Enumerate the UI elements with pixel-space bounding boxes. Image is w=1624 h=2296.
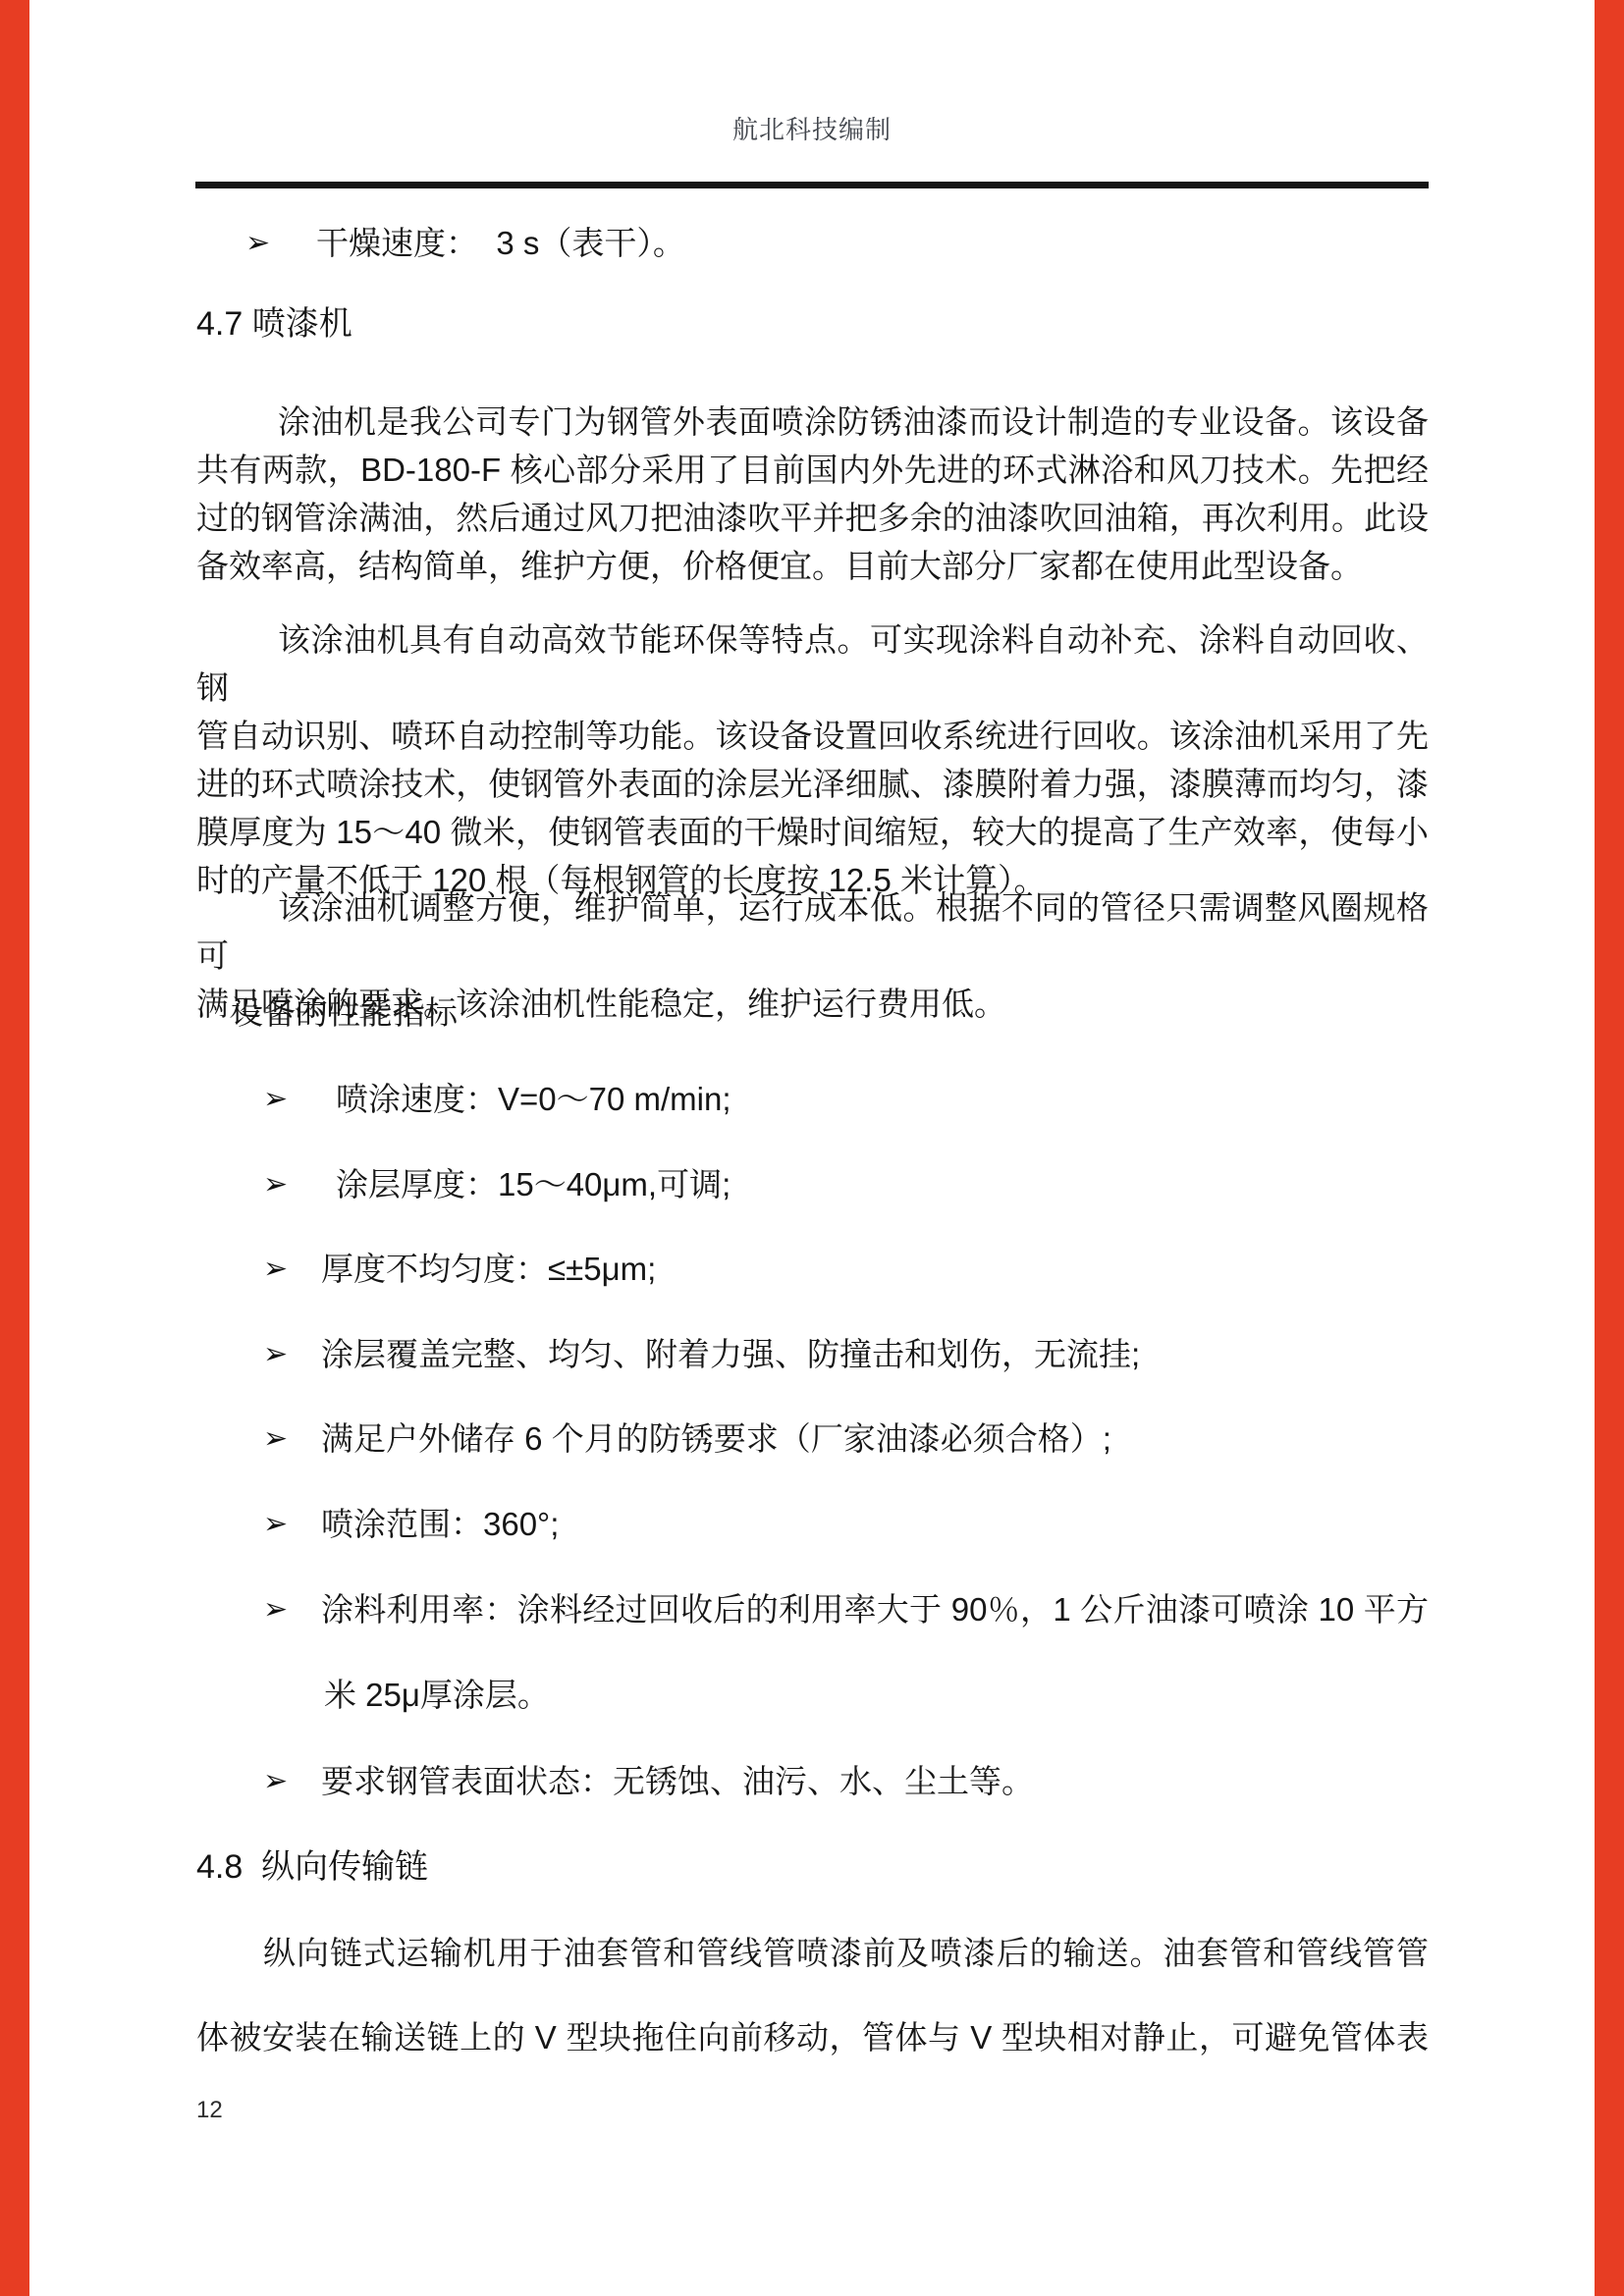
section-heading-4-8: 4.8 纵向传输链 [196, 1842, 428, 1892]
paragraph-line: 该涂油机具有自动高效节能环保等特点。可实现涂料自动补充、涂料自动回收、钢 [196, 615, 1429, 712]
paragraph-line: 共有两款，BD-180-F 核心部分采用了目前国内外先进的环式淋浴和风刀技术。先… [196, 446, 1429, 494]
arrow-bullet-icon: ➢ [263, 1500, 288, 1549]
paragraph-1: 涂油机是我公司专门为钢管外表面喷涂防锈油漆而设计制造的专业设备。该设备 共有两款… [196, 398, 1429, 590]
page-edge-bar-right [1595, 0, 1624, 2296]
bullet-text: 涂层覆盖完整、均匀、附着力强、防撞击和划伤，无流挂; [321, 1330, 1140, 1379]
bullet-text: 喷涂范围：360°; [321, 1500, 559, 1549]
paragraph-line: 备效率高，结构简单，维护方便，价格便宜。目前大部分厂家都在使用此型设备。 [196, 542, 1429, 590]
bullet-drying-speed-text: 干燥速度： 3 s（表干）。 [316, 219, 685, 268]
bullet-coating-coverage: ➢ 涂层覆盖完整、均匀、附着力强、防撞击和划伤，无流挂; [0, 1330, 1624, 1379]
document-page: { "page": { "header_title": "航北科技编制", "p… [0, 0, 1624, 2296]
bullet-paint-utilization: ➢ 涂料利用率：涂料经过回收后的利用率大于 90％，1 公斤油漆可喷涂 10 平… [0, 1585, 1624, 1634]
performance-spec-title: 设备的性能指标 [231, 988, 458, 1038]
arrow-bullet-icon: ➢ [263, 1330, 288, 1379]
paragraph-2: 该涂油机具有自动高效节能环保等特点。可实现涂料自动补充、涂料自动回收、钢 管自动… [196, 615, 1429, 904]
arrow-bullet-icon: ➢ [263, 1160, 288, 1209]
paragraph-line: 进的环式喷涂技术，使钢管外表面的涂层光泽细腻、漆膜附着力强，漆膜薄而均匀，漆 [196, 760, 1429, 808]
paragraph-line: 膜厚度为 15～40 微米，使钢管表面的干燥时间缩短，较大的提高了生产效率，使每… [196, 808, 1429, 856]
bullet-spray-speed: ➢ 喷涂速度：V=0～70 m/min; [0, 1075, 1624, 1124]
bullet-text: 厚度不均匀度：≤±5μm; [321, 1245, 656, 1294]
bullet-thickness-uniformity: ➢ 厚度不均匀度：≤±5μm; [0, 1245, 1624, 1294]
arrow-bullet-icon: ➢ [263, 1245, 288, 1294]
arrow-bullet-icon: ➢ [245, 219, 270, 268]
arrow-bullet-icon: ➢ [263, 1415, 288, 1464]
bullet-spray-range: ➢ 喷涂范围：360°; [0, 1500, 1624, 1549]
bullet-text: 涂层厚度：15～40μm,可调; [336, 1160, 731, 1209]
bullet-paint-utilization-wrap: 米 25μ厚涂层。 [0, 1671, 1624, 1720]
bullet-text: 要求钢管表面状态：无锈蚀、油污、水、尘土等。 [321, 1757, 1034, 1806]
paragraph-line: 涂油机是我公司专门为钢管外表面喷涂防锈油漆而设计制造的专业设备。该设备 [196, 398, 1429, 446]
bullet-drying-speed: ➢ 干燥速度： 3 s（表干）。 [0, 219, 1624, 268]
section-heading-4-7: 4.7 喷漆机 [196, 299, 352, 348]
page-number: 12 [196, 2097, 223, 2124]
bullet-text: 满足户外储存 6 个月的防锈要求（厂家油漆必须合格）; [321, 1415, 1111, 1464]
paragraph-4-line: 纵向链式运输机用于油套管和管线管喷漆前及喷漆后的输送。油套管和管线管管 [196, 1929, 1429, 1978]
document-header-title: 航北科技编制 [0, 110, 1624, 146]
paragraph-line: 管自动识别、喷环自动控制等功能。该设备设置回收系统进行回收。该涂油机采用了先 [196, 712, 1429, 760]
bullet-text: 喷涂速度：V=0～70 m/min; [336, 1075, 731, 1124]
paragraph-line: 过的钢管涂满油，然后通过风刀把油漆吹平并把多余的油漆吹回油箱，再次利用。此设 [196, 494, 1429, 542]
header-divider-rule [195, 182, 1429, 188]
bullet-outdoor-storage: ➢ 满足户外储存 6 个月的防锈要求（厂家油漆必须合格）; [0, 1415, 1624, 1464]
bullet-text: 涂料利用率：涂料经过回收后的利用率大于 90％，1 公斤油漆可喷涂 10 平方 [321, 1585, 1429, 1634]
bullet-pipe-surface-condition: ➢ 要求钢管表面状态：无锈蚀、油污、水、尘土等。 [0, 1757, 1624, 1806]
paragraph-4-line: 体被安装在输送链上的 V 型块拖住向前移动，管体与 V 型块相对静止，可避免管体… [196, 2013, 1429, 2062]
arrow-bullet-icon: ➢ [263, 1757, 288, 1806]
arrow-bullet-icon: ➢ [263, 1585, 288, 1634]
arrow-bullet-icon: ➢ [263, 1075, 288, 1124]
bullet-text-continuation: 米 25μ厚涂层。 [324, 1671, 550, 1720]
page-edge-bar-left [0, 0, 29, 2296]
bullet-coating-thickness: ➢ 涂层厚度：15～40μm,可调; [0, 1160, 1624, 1209]
paragraph-line: 该涂油机调整方便，维护简单，运行成本低。根据不同的管径只需调整风圈规格可 [196, 883, 1429, 980]
